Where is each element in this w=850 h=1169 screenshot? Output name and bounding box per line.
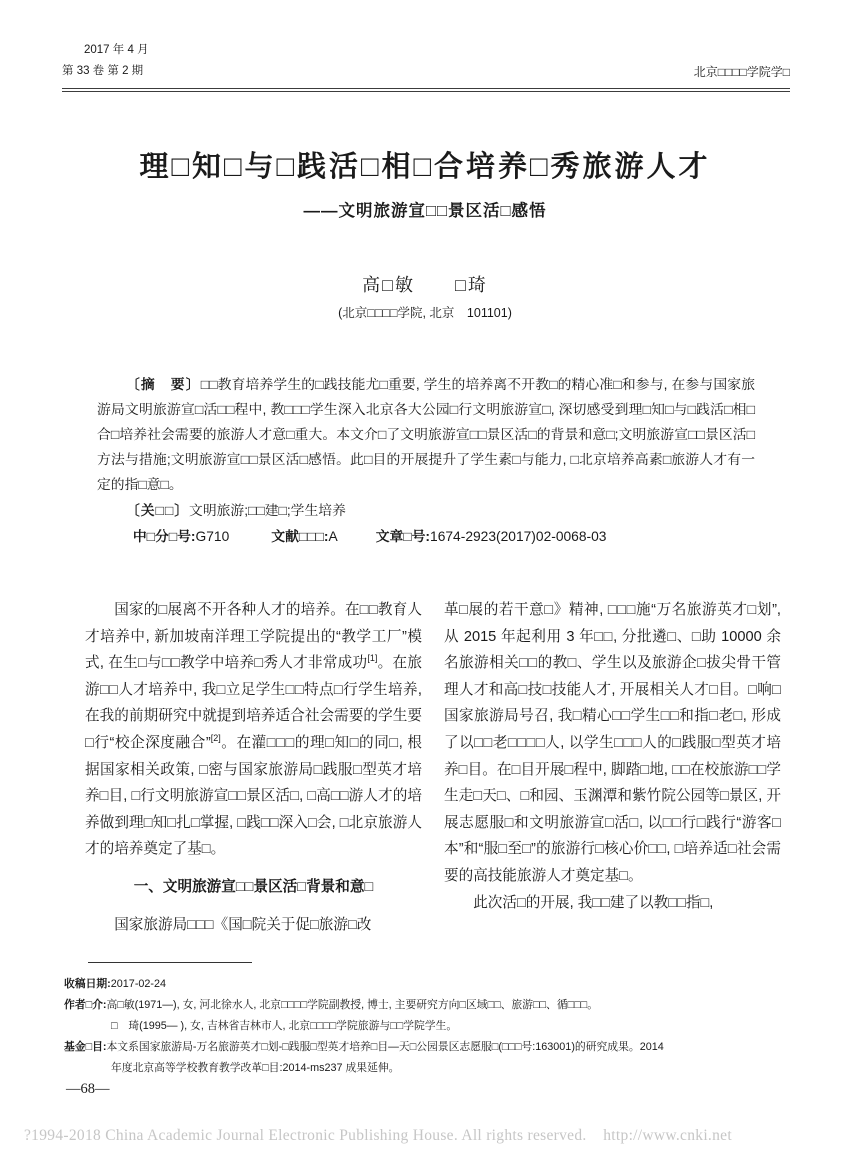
abstract-label: 〔摘 要〕 [126,377,201,392]
author-bio-text-1: 高□敏(1971—), 女, 河北徐水人, 北京□□□□学院副教授, 博士, 主… [107,999,598,1011]
header-date: 2017 年 4 月 [62,40,790,60]
paragraph-2-start: 国家旅游局□□□《国□院关于促□旅游□改 [85,912,422,939]
article-body: 国家的□展离不开各种人才的培养。在□□教育人才培养中, 新加坡南洋理工学院提出的… [85,597,782,942]
footnote-fund-line1: 基金□目:本文系国家旅游局-万名旅游英才□划-□践服□型英才培养□目—天□公园景… [64,1038,790,1056]
footnote-separator-rule [88,962,252,963]
classification-line: 中□分□号:G710文献□□□:A文章□号:1674-2923(2017)02-… [97,524,755,549]
left-column: 国家的□展离不开各种人才的培养。在□□教育人才培养中, 新加坡南洋理工学院提出的… [85,597,422,942]
copyright-watermark: ?1994-2018 China Academic Journal Electr… [24,1127,834,1145]
author-bio-label: 作者□介: [64,999,107,1011]
fund-text-1: 本文系国家旅游局-万名旅游英才□划-□践服□型英才培养□目—天□公园景区志愿服□… [107,1041,664,1053]
doc-type-label: 文献□□□: [271,529,328,544]
front-matter: 〔摘 要〕□□教育培养学生的□践技能尤□重要, 学生的培养离不开教□的精心准□和… [97,372,755,549]
article-id-label: 文章□号: [376,529,430,544]
clc-value: G710 [196,529,230,544]
received-date-label: 收稿日期: [64,978,111,990]
keywords-label: 〔关□□〕 [126,503,189,518]
article-id-value: 1674-2923(2017)02-0068-03 [430,529,606,544]
journal-page: 2017 年 4 月 第 33 卷 第 2 期 北京□□□□学院学□ 理□知□与… [0,0,850,1169]
footnote-fund-line2: 年度北京高等学校教育教学改革□目:2014-ms237 成果延伸。 [64,1059,790,1077]
fund-label: 基金□目: [64,1041,107,1053]
footnote-author-bio-line2: □ 琦(1995— ), 女, 吉林省吉林市人, 北京□□□□学院旅游与□□学院… [64,1017,790,1035]
footnotes: 收稿日期:2017-02-24 作者□介:高□敏(1971—), 女, 河北徐水… [64,975,790,1080]
abstract-paragraph: 〔摘 要〕□□教育培养学生的□践技能尤□重要, 学生的培养离不开教□的精心准□和… [97,372,755,497]
author-names: 高□敏 □琦 [0,271,850,297]
section-heading-1: 一、文明旅游宣□□景区活□背景和意□ [85,874,422,901]
clc-label: 中□分□号: [133,529,196,544]
header-volume-issue: 第 33 卷 第 2 期 [62,60,790,82]
right-column: 革□展的若干意□》精神, □□□施“万名旅游英才□划”, 从 2015 年起利用… [444,597,781,942]
paragraph-3-start: 此次活□的开展, 我□□建了以教□□指□, [444,890,781,917]
footnote-received-date: 收稿日期:2017-02-24 [64,975,790,993]
page-number: —68— [66,1081,110,1098]
keywords-paragraph: 〔关□□〕文明旅游;□□建□;学生培养 [97,498,755,523]
paragraph-2-continued: 革□展的若干意□》精神, □□□施“万名旅游英才□划”, 从 2015 年起利用… [444,597,781,890]
doc-type-value: A [329,529,338,544]
paragraph-1: 国家的□展离不开各种人才的培养。在□□教育人才培养中, 新加坡南洋理工学院提出的… [85,597,422,863]
article-title: 理□知□与□践活□相□合培养□秀旅游人才 [0,144,850,185]
paragraph-1-text-c: 。在灌□□□的理□知□的同□, 根据国家相关政策, □密与国家旅游局□践服□型英… [85,735,422,857]
keywords-text: 文明旅游;□□建□;学生培养 [189,503,346,518]
header-journal-name: 北京□□□□学院学□ [694,63,790,80]
citation-ref-2: [2] [211,733,221,743]
author-affiliation: (北京□□□□学院, 北京 101101) [0,303,850,321]
received-date-value: 2017-02-24 [111,978,166,990]
header-double-rule [62,88,790,92]
article-subtitle: ——文明旅游宣□□景区活□感悟 [0,197,850,221]
footnote-author-bio-line1: 作者□介:高□敏(1971—), 女, 河北徐水人, 北京□□□□学院副教授, … [64,996,790,1014]
citation-ref-1: [1] [367,653,377,663]
page-header: 2017 年 4 月 第 33 卷 第 2 期 北京□□□□学院学□ [62,40,790,82]
abstract-text: □□教育培养学生的□践技能尤□重要, 学生的培养离不开教□的精心准□和参与, 在… [97,377,755,492]
